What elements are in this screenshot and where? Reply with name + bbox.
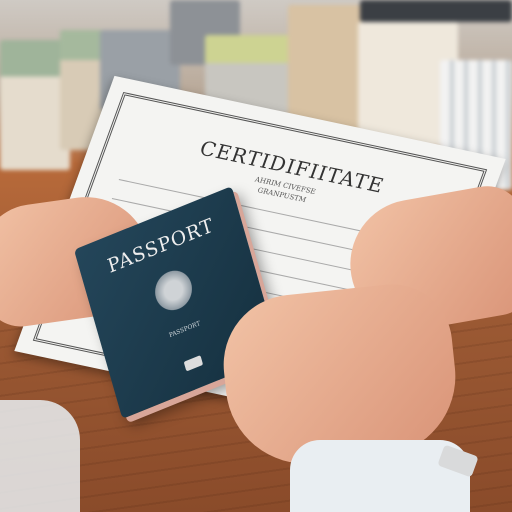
monitor: [360, 0, 512, 22]
eagle-emblem-icon: [146, 262, 200, 320]
shirt-sleeve: [0, 400, 80, 512]
biometric-chip-icon: [184, 355, 203, 371]
